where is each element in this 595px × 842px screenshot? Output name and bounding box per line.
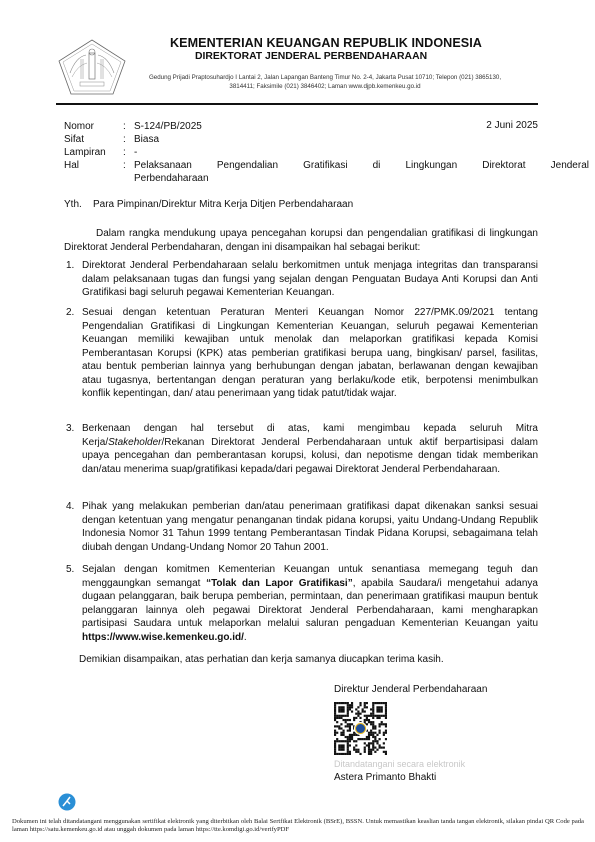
- list-item-2: 2. Sesuai dengan ketentuan Peraturan Men…: [64, 306, 538, 401]
- slogan-text: “Tolak dan Lapor Gratifikasi”: [206, 578, 353, 589]
- hal-value-line-2: Perbendaharaan: [134, 172, 209, 185]
- bsre-logo-icon: [58, 793, 76, 811]
- colon: :: [123, 133, 126, 146]
- lampiran-value: -: [134, 146, 137, 159]
- recipient-value: Para Pimpinan/Direktur Mitra Kerja Ditje…: [93, 199, 353, 210]
- item-number: 5.: [66, 563, 74, 577]
- lampiran-label: Lampiran: [64, 146, 124, 159]
- qr-code-icon: [334, 702, 387, 755]
- closing-paragraph: Demikian disampaikan, atas perhatian dan…: [79, 654, 444, 665]
- colon: :: [123, 159, 126, 172]
- item-number: 3.: [66, 422, 74, 436]
- item-text-part: .: [244, 632, 247, 643]
- hal-label: Hal: [64, 159, 124, 172]
- letterhead-address: Gedung Prijadi Praptosuhardjo I Lantai 2…: [100, 74, 550, 91]
- hal-value-line-1: Pelaksanaan Pengendalian Gratifikasi di …: [134, 159, 589, 172]
- list-item-5: 5. Sejalan dengan komitmen Kementerian K…: [64, 563, 538, 644]
- sifat-label: Sifat: [64, 133, 124, 146]
- address-line-1: Gedung Prijadi Praptosuhardjo I Lantai 2…: [100, 74, 550, 83]
- letterhead-divider: [56, 103, 538, 105]
- list-item-3: 3. Berkenaan dengan hal tersebut di atas…: [64, 422, 538, 476]
- wise-link[interactable]: https://www.wise.kemenkeu.go.id/: [82, 632, 244, 643]
- list-item-1: 1. Direktorat Jenderal Perbendaharaan se…: [64, 259, 538, 300]
- letter-date: 2 Juni 2025: [486, 120, 538, 131]
- colon: :: [123, 120, 126, 133]
- sifat-value: Biasa: [134, 133, 159, 146]
- item-text: Direktorat Jenderal Perbendaharaan selal…: [82, 259, 538, 300]
- nomor-value: S-124/PB/2025: [134, 120, 202, 133]
- e-signature-footer: Dokumen ini telah ditandatangani menggun…: [12, 818, 584, 835]
- colon: :: [123, 146, 126, 159]
- signature-note: Ditandatangani secara elektronik: [334, 759, 465, 769]
- address-line-2: 3814411; Faksimile (021) 3846402; Laman …: [100, 83, 550, 92]
- list-item-4: 4. Pihak yang melakukan pemberian dan/at…: [64, 500, 538, 554]
- item-number: 1.: [66, 259, 74, 273]
- nomor-label: Nomor: [64, 120, 124, 133]
- intro-paragraph: Dalam rangka mendukung upaya pencegahan …: [64, 227, 538, 254]
- directorate-name: DIREKTORAT JENDERAL PERBENDAHARAAN: [150, 51, 595, 62]
- item-text: Sesuai dengan ketentuan Peraturan Menter…: [82, 306, 538, 401]
- item-number: 4.: [66, 500, 74, 514]
- item-text: Pihak yang melakukan pemberian dan/atau …: [82, 500, 538, 554]
- ministry-name: KEMENTERIAN KEUANGAN REPUBLIK INDONESIA: [150, 36, 570, 50]
- recipient-label: Yth.: [64, 199, 82, 210]
- signatory-title: Direktur Jenderal Perbendaharaan: [334, 684, 487, 695]
- item-text: Sejalan dengan komitmen Kementerian Keua…: [82, 563, 538, 644]
- signatory-name: Astera Primanto Bhakti: [334, 772, 436, 783]
- item-number: 2.: [66, 306, 74, 320]
- item-text: Berkenaan dengan hal tersebut di atas, k…: [82, 422, 538, 476]
- item-text-italic: Stakeholder: [108, 437, 161, 448]
